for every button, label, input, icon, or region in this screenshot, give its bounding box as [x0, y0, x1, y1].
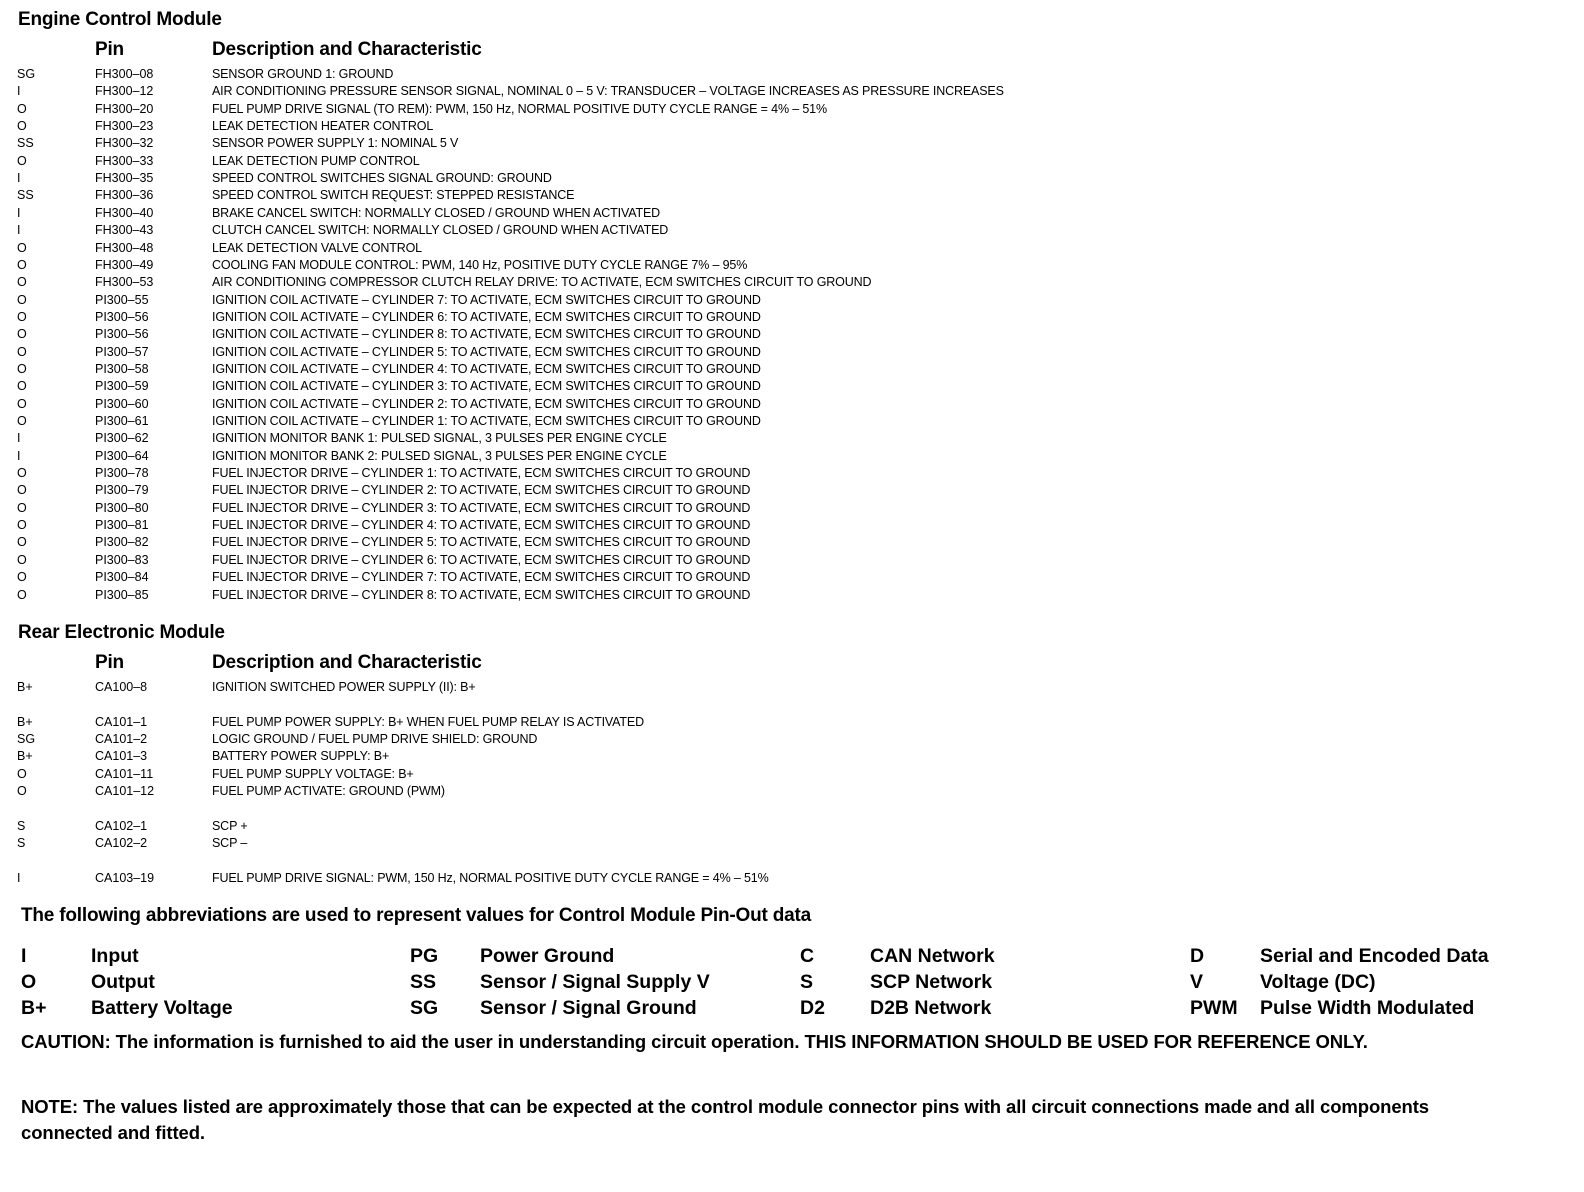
pin-id: PI300–84 — [95, 569, 149, 586]
pin-description: IGNITION COIL ACTIVATE – CYLINDER 8: TO … — [212, 326, 761, 343]
ecm-description-column-header: Description and Characteristic — [212, 39, 482, 61]
pin-type: O — [17, 240, 27, 257]
pin-row: SCA102–2SCP – — [0, 835, 1200, 852]
pin-type: O — [17, 766, 27, 783]
pin-description: SENSOR POWER SUPPLY 1: NOMINAL 5 V — [212, 135, 458, 152]
abbreviation-code: D2 — [800, 995, 825, 1021]
pin-row: OCA101–11FUEL PUMP SUPPLY VOLTAGE: B+ — [0, 766, 1200, 783]
pin-description: FUEL PUMP DRIVE SIGNAL: PWM, 150 Hz, NOR… — [212, 870, 769, 887]
pin-type: O — [17, 361, 27, 378]
pin-id: FH300–35 — [95, 170, 153, 187]
pin-type: O — [17, 396, 27, 413]
ecm-section-title: Engine Control Module — [18, 9, 222, 31]
rem-section-title: Rear Electronic Module — [18, 622, 225, 644]
pin-row: IFH300–40BRAKE CANCEL SWITCH: NORMALLY C… — [0, 205, 1200, 222]
note-notice: NOTE: The values listed are approximatel… — [21, 1094, 1511, 1146]
pin-description: SPEED CONTROL SWITCH REQUEST: STEPPED RE… — [212, 187, 574, 204]
pin-type: O — [17, 517, 27, 534]
pin-id: FH300–08 — [95, 66, 153, 83]
pin-row: IFH300–35SPEED CONTROL SWITCHES SIGNAL G… — [0, 170, 1200, 187]
pin-description: BATTERY POWER SUPPLY: B+ — [212, 748, 389, 765]
pin-type: B+ — [17, 679, 33, 696]
pin-row: IFH300–12AIR CONDITIONING PRESSURE SENSO… — [0, 83, 1200, 100]
abbreviation-code: SS — [410, 969, 436, 995]
pin-type: O — [17, 482, 27, 499]
pin-row: OPI300–57IGNITION COIL ACTIVATE – CYLIND… — [0, 344, 1200, 361]
pin-id: PI300–58 — [95, 361, 149, 378]
pin-description: LOGIC GROUND / FUEL PUMP DRIVE SHIELD: G… — [212, 731, 537, 748]
pin-type: O — [17, 413, 27, 430]
pin-row: IPI300–62IGNITION MONITOR BANK 1: PULSED… — [0, 430, 1200, 447]
abbreviation-code: B+ — [21, 995, 46, 1021]
pin-description: FUEL PUMP SUPPLY VOLTAGE: B+ — [212, 766, 414, 783]
pin-description: IGNITION COIL ACTIVATE – CYLINDER 7: TO … — [212, 292, 761, 309]
pin-row: SGCA101–2LOGIC GROUND / FUEL PUMP DRIVE … — [0, 731, 1200, 748]
pin-description: IGNITION MONITOR BANK 2: PULSED SIGNAL, … — [212, 448, 667, 465]
pin-id: PI300–61 — [95, 413, 149, 430]
pin-id: PI300–82 — [95, 534, 149, 551]
pin-row: OFH300–53AIR CONDITIONING COMPRESSOR CLU… — [0, 274, 1200, 291]
abbreviation-code: O — [21, 969, 36, 995]
pin-type: O — [17, 344, 27, 361]
pin-description: FUEL INJECTOR DRIVE – CYLINDER 2: TO ACT… — [212, 482, 750, 499]
pin-id: CA101–2 — [95, 731, 147, 748]
caution-notice: CAUTION: The information is furnished to… — [21, 1029, 1511, 1055]
abbreviation-code: V — [1190, 969, 1203, 995]
pin-type: O — [17, 292, 27, 309]
pin-type: SS — [17, 187, 34, 204]
pin-id: FH300–53 — [95, 274, 153, 291]
pin-row: OCA101–12FUEL PUMP ACTIVATE: GROUND (PWM… — [0, 783, 1200, 800]
pin-id: CA101–1 — [95, 714, 147, 731]
pin-id: PI300–55 — [95, 292, 149, 309]
abbreviation-meaning: CAN Network — [870, 943, 995, 969]
abbreviation-code: D — [1190, 943, 1204, 969]
pin-row: OPI300–85FUEL INJECTOR DRIVE – CYLINDER … — [0, 587, 1200, 604]
pin-row: OPI300–56IGNITION COIL ACTIVATE – CYLIND… — [0, 326, 1200, 343]
pin-row: OPI300–55IGNITION COIL ACTIVATE – CYLIND… — [0, 292, 1200, 309]
pin-id: FH300–40 — [95, 205, 153, 222]
pin-type: O — [17, 552, 27, 569]
pin-description: IGNITION SWITCHED POWER SUPPLY (II): B+ — [212, 679, 476, 696]
pin-id: CA100–8 — [95, 679, 147, 696]
pin-id: FH300–36 — [95, 187, 153, 204]
pin-row: OFH300–48LEAK DETECTION VALVE CONTROL — [0, 240, 1200, 257]
abbreviations-heading: The following abbreviations are used to … — [21, 905, 811, 927]
abbreviation-meaning: Power Ground — [480, 943, 614, 969]
pin-description: COOLING FAN MODULE CONTROL: PWM, 140 Hz,… — [212, 257, 747, 274]
abbreviation-code: PWM — [1190, 995, 1238, 1021]
pin-row: OPI300–80FUEL INJECTOR DRIVE – CYLINDER … — [0, 500, 1200, 517]
pin-description: FUEL INJECTOR DRIVE – CYLINDER 7: TO ACT… — [212, 569, 750, 586]
pin-id: CA102–1 — [95, 818, 147, 835]
pin-description: AIR CONDITIONING PRESSURE SENSOR SIGNAL,… — [212, 83, 1004, 100]
pin-description: IGNITION COIL ACTIVATE – CYLINDER 1: TO … — [212, 413, 761, 430]
pin-row: ICA103–19FUEL PUMP DRIVE SIGNAL: PWM, 15… — [0, 870, 1200, 887]
abbreviation-code: SG — [410, 995, 438, 1021]
pin-id: FH300–43 — [95, 222, 153, 239]
pin-type: S — [17, 835, 25, 852]
pin-row: OFH300–20FUEL PUMP DRIVE SIGNAL (TO REM)… — [0, 101, 1200, 118]
pin-id: CA103–19 — [95, 870, 154, 887]
pin-type: O — [17, 534, 27, 551]
pin-row: OPI300–59IGNITION COIL ACTIVATE – CYLIND… — [0, 378, 1200, 395]
pin-type: B+ — [17, 748, 33, 765]
pin-id: FH300–48 — [95, 240, 153, 257]
pin-type: I — [17, 222, 20, 239]
pin-id: PI300–57 — [95, 344, 149, 361]
pin-row: OFH300–23LEAK DETECTION HEATER CONTROL — [0, 118, 1200, 135]
pin-id: FH300–49 — [95, 257, 153, 274]
pin-description: IGNITION COIL ACTIVATE – CYLINDER 6: TO … — [212, 309, 761, 326]
abbreviation-meaning: Output — [91, 969, 155, 995]
pin-id: FH300–23 — [95, 118, 153, 135]
pin-description: FUEL INJECTOR DRIVE – CYLINDER 3: TO ACT… — [212, 500, 750, 517]
rem-pin-column-header: Pin — [95, 652, 124, 674]
pin-row: SCA102–1SCP + — [0, 818, 1200, 835]
pin-type: I — [17, 870, 20, 887]
pin-type: I — [17, 205, 20, 222]
pin-id: FH300–32 — [95, 135, 153, 152]
pin-type: S — [17, 818, 25, 835]
pin-description: LEAK DETECTION HEATER CONTROL — [212, 118, 433, 135]
abbreviation-meaning: Voltage (DC) — [1260, 969, 1376, 995]
pin-row: IFH300–43CLUTCH CANCEL SWITCH: NORMALLY … — [0, 222, 1200, 239]
pin-description: IGNITION COIL ACTIVATE – CYLINDER 3: TO … — [212, 378, 761, 395]
pin-type: O — [17, 326, 27, 343]
pin-description: AIR CONDITIONING COMPRESSOR CLUTCH RELAY… — [212, 274, 871, 291]
pin-type: O — [17, 783, 27, 800]
pin-row: B+CA100–8IGNITION SWITCHED POWER SUPPLY … — [0, 679, 1200, 696]
pin-description: SCP + — [212, 818, 248, 835]
pin-type: I — [17, 170, 20, 187]
pin-row: SSFH300–32SENSOR POWER SUPPLY 1: NOMINAL… — [0, 135, 1200, 152]
pin-description: IGNITION COIL ACTIVATE – CYLINDER 5: TO … — [212, 344, 761, 361]
abbreviation-meaning: SCP Network — [870, 969, 992, 995]
pin-description: BRAKE CANCEL SWITCH: NORMALLY CLOSED / G… — [212, 205, 660, 222]
pin-id: PI300–81 — [95, 517, 149, 534]
pin-type: O — [17, 274, 27, 291]
pin-type: O — [17, 569, 27, 586]
abbreviation-meaning: D2B Network — [870, 995, 991, 1021]
pin-id: PI300–56 — [95, 326, 149, 343]
rem-description-column-header: Description and Characteristic — [212, 652, 482, 674]
pin-row: OPI300–60IGNITION COIL ACTIVATE – CYLIND… — [0, 396, 1200, 413]
pin-row: OPI300–78FUEL INJECTOR DRIVE – CYLINDER … — [0, 465, 1200, 482]
pin-id: CA102–2 — [95, 835, 147, 852]
pin-row: OPI300–58IGNITION COIL ACTIVATE – CYLIND… — [0, 361, 1200, 378]
pin-description: FUEL PUMP ACTIVATE: GROUND (PWM) — [212, 783, 445, 800]
abbreviation-meaning: Battery Voltage — [91, 995, 233, 1021]
pin-row: OPI300–61IGNITION COIL ACTIVATE – CYLIND… — [0, 413, 1200, 430]
pin-row: IPI300–64IGNITION MONITOR BANK 2: PULSED… — [0, 448, 1200, 465]
pin-row: OFH300–33LEAK DETECTION PUMP CONTROL — [0, 153, 1200, 170]
pin-type: O — [17, 500, 27, 517]
pin-id: FH300–12 — [95, 83, 153, 100]
pin-row: SSFH300–36SPEED CONTROL SWITCH REQUEST: … — [0, 187, 1200, 204]
pin-description: SENSOR GROUND 1: GROUND — [212, 66, 393, 83]
pin-id: FH300–20 — [95, 101, 153, 118]
abbreviation-meaning: Input — [91, 943, 139, 969]
pin-description: SCP – — [212, 835, 247, 852]
pin-type: SG — [17, 66, 35, 83]
pin-description: FUEL INJECTOR DRIVE – CYLINDER 6: TO ACT… — [212, 552, 750, 569]
abbreviation-meaning: Serial and Encoded Data — [1260, 943, 1489, 969]
pin-id: PI300–78 — [95, 465, 149, 482]
pin-description: SPEED CONTROL SWITCHES SIGNAL GROUND: GR… — [212, 170, 552, 187]
pin-row: OPI300–84FUEL INJECTOR DRIVE – CYLINDER … — [0, 569, 1200, 586]
pin-type: I — [17, 83, 20, 100]
pin-row: OFH300–49COOLING FAN MODULE CONTROL: PWM… — [0, 257, 1200, 274]
pin-type: O — [17, 101, 27, 118]
pin-description: IGNITION COIL ACTIVATE – CYLINDER 2: TO … — [212, 396, 761, 413]
pin-type: I — [17, 430, 20, 447]
pin-id: PI300–59 — [95, 378, 149, 395]
pin-description: IGNITION MONITOR BANK 1: PULSED SIGNAL, … — [212, 430, 667, 447]
pin-description: FUEL INJECTOR DRIVE – CYLINDER 1: TO ACT… — [212, 465, 750, 482]
abbreviation-meaning: Sensor / Signal Ground — [480, 995, 697, 1021]
abbreviation-code: S — [800, 969, 813, 995]
pin-type: O — [17, 309, 27, 326]
pin-type: O — [17, 153, 27, 170]
abbreviation-code: C — [800, 943, 814, 969]
abbreviation-meaning: Pulse Width Modulated — [1260, 995, 1474, 1021]
pin-id: PI300–79 — [95, 482, 149, 499]
pin-row: OPI300–83FUEL INJECTOR DRIVE – CYLINDER … — [0, 552, 1200, 569]
abbreviation-code: I — [21, 943, 26, 969]
pin-row: OPI300–79FUEL INJECTOR DRIVE – CYLINDER … — [0, 482, 1200, 499]
pin-type: O — [17, 378, 27, 395]
pin-id: PI300–80 — [95, 500, 149, 517]
pin-type: O — [17, 587, 27, 604]
pin-row: OPI300–81FUEL INJECTOR DRIVE – CYLINDER … — [0, 517, 1200, 534]
pin-type: O — [17, 257, 27, 274]
pin-type: B+ — [17, 714, 33, 731]
pin-row: OPI300–56IGNITION COIL ACTIVATE – CYLIND… — [0, 309, 1200, 326]
pin-id: PI300–60 — [95, 396, 149, 413]
pin-description: IGNITION COIL ACTIVATE – CYLINDER 4: TO … — [212, 361, 761, 378]
abbreviation-code: PG — [410, 943, 438, 969]
pin-description: LEAK DETECTION PUMP CONTROL — [212, 153, 420, 170]
pin-description: CLUTCH CANCEL SWITCH: NORMALLY CLOSED / … — [212, 222, 668, 239]
pin-row: B+CA101–3BATTERY POWER SUPPLY: B+ — [0, 748, 1200, 765]
pin-type: SS — [17, 135, 34, 152]
pin-type: SG — [17, 731, 35, 748]
pin-type: I — [17, 448, 20, 465]
pin-description: FUEL INJECTOR DRIVE – CYLINDER 4: TO ACT… — [212, 517, 750, 534]
pin-description: FUEL INJECTOR DRIVE – CYLINDER 5: TO ACT… — [212, 534, 750, 551]
pin-id: PI300–56 — [95, 309, 149, 326]
ecm-pin-column-header: Pin — [95, 39, 124, 61]
pin-id: PI300–62 — [95, 430, 149, 447]
pin-id: PI300–85 — [95, 587, 149, 604]
pin-row: OPI300–82FUEL INJECTOR DRIVE – CYLINDER … — [0, 534, 1200, 551]
pin-id: CA101–3 — [95, 748, 147, 765]
pin-id: PI300–83 — [95, 552, 149, 569]
pin-description: LEAK DETECTION VALVE CONTROL — [212, 240, 422, 257]
pin-description: FUEL PUMP DRIVE SIGNAL (TO REM): PWM, 15… — [212, 101, 827, 118]
pin-row: SGFH300–08SENSOR GROUND 1: GROUND — [0, 66, 1200, 83]
pin-description: FUEL PUMP POWER SUPPLY: B+ WHEN FUEL PUM… — [212, 714, 644, 731]
pin-type: O — [17, 465, 27, 482]
pin-row: B+CA101–1FUEL PUMP POWER SUPPLY: B+ WHEN… — [0, 714, 1200, 731]
pin-id: CA101–12 — [95, 783, 154, 800]
pin-id: FH300–33 — [95, 153, 153, 170]
pin-type: O — [17, 118, 27, 135]
pin-description: FUEL INJECTOR DRIVE – CYLINDER 8: TO ACT… — [212, 587, 750, 604]
pin-id: PI300–64 — [95, 448, 149, 465]
pin-id: CA101–11 — [95, 766, 153, 783]
abbreviation-meaning: Sensor / Signal Supply V — [480, 969, 710, 995]
